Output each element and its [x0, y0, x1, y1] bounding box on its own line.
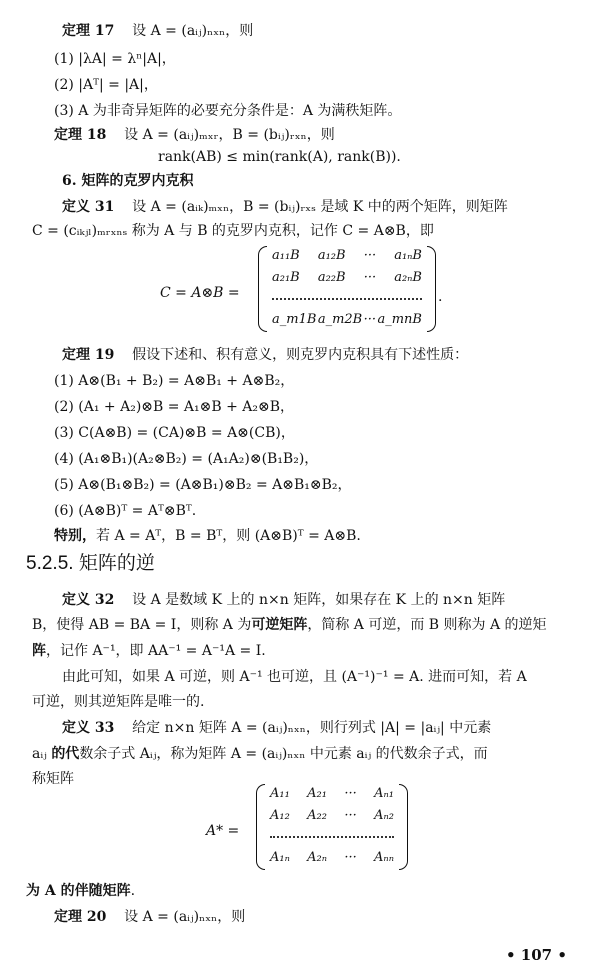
- theorem-17-heading: 定理 17: [62, 23, 114, 39]
- cell: a_m1B: [272, 312, 316, 327]
- theorem-17-intro: 设 A = (aᵢⱼ)ₙₓₙ，则: [132, 23, 253, 39]
- theorem-19-item-6: (6) (A⊗B)ᵀ = Aᵀ⊗Bᵀ.: [54, 502, 196, 520]
- theorem-19: 定理 19 假设下述和、积有意义，则克罗内克积具有下述性质：: [62, 346, 468, 364]
- theorem-19-item-4: (4) (A₁⊗B₁)(A₂⊗B₂) = (A₁A₂)⊗(B₁B₂)，: [54, 450, 318, 468]
- matrix-row-2: A₁₂ A₂₂ ··· Aₙ₂: [270, 808, 394, 823]
- kronecker-lhs: C = A⊗B =: [160, 284, 240, 302]
- definition-33-line-3: 称矩阵: [32, 770, 74, 788]
- theorem-17: 定理 17 设 A = (aᵢⱼ)ₙₓₙ，则: [62, 22, 253, 40]
- cell: a₂₁B: [272, 270, 300, 285]
- cell: a₁₁B: [272, 248, 300, 263]
- definition-32-line-2: B，使得 AB = BA = I，则称 A 为可逆矩阵，简称 A 可逆，而 B …: [32, 616, 547, 634]
- theorem-17-item-1: (1) |λA| = λⁿ|A|，: [54, 50, 176, 68]
- definition-33-line-1: 定义 33 给定 n×n 矩阵 A = (aᵢⱼ)ₙₓₙ，则行列式 |A| = …: [62, 719, 491, 737]
- cell: ···: [344, 808, 356, 823]
- cell: a₂ₙB: [394, 270, 422, 285]
- adjugate-matrix: A₁₁ A₂₁ ··· Aₙ₁ A₁₂ A₂₂ ··· Aₙ₂ A₁ₙ A₂ₙ …: [256, 784, 408, 870]
- definition-32-line-3: 阵，记作 A⁻¹，即 AA⁻¹ = A⁻¹A = I.: [32, 642, 266, 660]
- matrix-row-m: a_m1B a_m2B ··· a_mnB: [272, 312, 422, 327]
- matrix-dotted-row: [270, 836, 394, 838]
- theorem-19-item-5: (5) A⊗(B₁⊗B₂) = (A⊗B₁)⊗B₂ = A⊗B₁⊗B₂，: [54, 476, 352, 494]
- definition-32-text: 设 A 是数域 K 上的 n×n 矩阵，如果存在 K 上的 n×n 矩阵: [132, 592, 505, 608]
- definition-33-heading: 定义 33: [62, 720, 114, 736]
- text: 数余子式 Aᵢⱼ，称为矩阵 A = (aᵢⱼ)ₙₓₙ 中元素 aᵢⱼ 的代数余子…: [79, 746, 487, 762]
- definition-32-heading: 定义 32: [62, 592, 114, 608]
- theorem-19-item-2: (2) (A₁ + A₂)⊗B = A₁⊗B + A₂⊗B，: [54, 398, 294, 416]
- definition-33-line-2: aᵢⱼ 的代数余子式 Aᵢⱼ，称为矩阵 A = (aᵢⱼ)ₙₓₙ 中元素 aᵢⱼ…: [32, 745, 488, 763]
- definition-31-text: 设 A = (aᵢₖ)ₘₓₙ，B = (bᵢⱼ)ᵣₓₛ 是域 K 中的两个矩阵，…: [132, 199, 508, 215]
- definition-31-line-1: 定义 31 设 A = (aᵢₖ)ₘₓₙ，B = (bᵢⱼ)ᵣₓₛ 是域 K 中…: [62, 198, 508, 216]
- text: B，使得 AB = BA = I，则称 A 为: [32, 617, 251, 633]
- cell: Aₙ₂: [374, 808, 394, 823]
- section-5-2-5-title: 5.2.5. 矩阵的逆: [26, 552, 155, 576]
- text: ，简称 A 可逆，而 B 则称为 A 的逆矩: [307, 617, 546, 633]
- definition-31-line-2: C = (cᵢₖⱼₗ)ₘᵣₓₙₛ 称为 A 与 B 的克罗内克积，记作 C = …: [32, 222, 434, 240]
- cell: Aₙₙ: [374, 850, 394, 865]
- theorem-18-heading: 定理 18: [54, 127, 106, 143]
- theorem-19-heading: 定理 19: [62, 347, 114, 363]
- cell: A₁₁: [270, 786, 290, 801]
- theorem-19-item-1: (1) A⊗(B₁ + B₂) = A⊗B₁ + A⊗B₂，: [54, 372, 294, 390]
- adjugate-lhs: A* =: [206, 822, 239, 840]
- right-paren: [399, 784, 408, 870]
- special-label: 特别，: [54, 528, 96, 544]
- kronecker-trailing: .: [438, 288, 442, 306]
- term: 的代: [51, 746, 79, 762]
- special-text: 若 A = Aᵀ，B = Bᵀ，则 (A⊗B)ᵀ = A⊗B.: [96, 528, 361, 544]
- cell: A₂₁: [307, 786, 327, 801]
- page-number: • 107 •: [506, 946, 567, 964]
- inverse-paragraph-line-1: 由此可知，如果 A 可逆，则 A⁻¹ 也可逆，且 (A⁻¹)⁻¹ = A. 进而…: [62, 668, 527, 686]
- kronecker-matrix: a₁₁B a₁₂B ··· a₁ₙB a₂₁B a₂₂B ··· a₂ₙB a_…: [258, 246, 436, 332]
- matrix-row-2: a₂₁B a₂₂B ··· a₂ₙB: [272, 270, 422, 285]
- theorem-20-intro: 设 A = (aᵢⱼ)ₙₓₙ，则: [124, 909, 245, 925]
- text: ，记作 A⁻¹，即 AA⁻¹ = A⁻¹A = I.: [46, 643, 266, 659]
- invertible-matrix-term: 可逆矩阵: [251, 617, 307, 633]
- cell: a_mnB: [377, 312, 422, 327]
- cell: A₂ₙ: [307, 850, 327, 865]
- theorem-18-formula: rank(AB) ≤ min(rank(A), rank(B)).: [158, 148, 401, 166]
- text: .: [131, 883, 135, 899]
- definition-32-line-1: 定义 32 设 A 是数域 K 上的 n×n 矩阵，如果存在 K 上的 n×n …: [62, 591, 505, 609]
- theorem-17-item-2: (2) |Aᵀ| = |A|，: [54, 76, 158, 94]
- matrix-row-n: A₁ₙ A₂ₙ ··· Aₙₙ: [270, 850, 394, 865]
- term: 阵: [32, 643, 46, 659]
- cell: Aₙ₁: [374, 786, 394, 801]
- definition-33-text: 给定 n×n 矩阵 A = (aᵢⱼ)ₙₓₙ，则行列式 |A| = |aᵢⱼ| …: [132, 720, 491, 736]
- cell: ···: [364, 270, 376, 285]
- inverse-paragraph-line-2: 可逆，则其逆矩阵是唯一的.: [32, 693, 204, 711]
- matrix-dotted-row: [272, 298, 422, 300]
- left-paren: [258, 246, 267, 332]
- definition-31-heading: 定义 31: [62, 199, 114, 215]
- cell: A₁ₙ: [270, 850, 290, 865]
- matrix-row-1: A₁₁ A₂₁ ··· Aₙ₁: [270, 786, 394, 801]
- theorem-19-intro: 假设下述和、积有意义，则克罗内克积具有下述性质：: [132, 347, 468, 363]
- theorem-17-item-3: (3) A 为非奇异矩阵的必要充分条件是：A 为满秩矩阵。: [54, 102, 401, 120]
- cell: a₂₂B: [318, 270, 346, 285]
- theorem-18: 定理 18 设 A = (aᵢⱼ)ₘₓᵣ，B = (bᵢⱼ)ᵣₓₙ，则: [54, 126, 335, 144]
- theorem-20-heading: 定理 20: [54, 909, 106, 925]
- right-paren: [427, 246, 436, 332]
- theorem-19-special: 特别，若 A = Aᵀ，B = Bᵀ，则 (A⊗B)ᵀ = A⊗B.: [54, 527, 361, 545]
- text: aᵢⱼ: [32, 746, 51, 762]
- cell: ···: [364, 312, 376, 327]
- left-paren: [256, 784, 265, 870]
- cell: A₂₂: [307, 808, 327, 823]
- adjugate-term: 伴随矩阵: [75, 883, 131, 899]
- theorem-19-item-3: (3) C(A⊗B) = (CA)⊗B = A⊗(CB)，: [54, 424, 295, 442]
- matrix-row-1: a₁₁B a₁₂B ··· a₁ₙB: [272, 248, 422, 263]
- cell: ···: [344, 786, 356, 801]
- adjugate-closing: 为 A 的伴随矩阵.: [26, 882, 135, 900]
- text: 为 A 的: [26, 883, 75, 899]
- cell: a₁₂B: [318, 248, 346, 263]
- cell: ···: [364, 248, 376, 263]
- cell: A₁₂: [270, 808, 290, 823]
- cell: a₁ₙB: [394, 248, 422, 263]
- theorem-18-intro: 设 A = (aᵢⱼ)ₘₓᵣ，B = (bᵢⱼ)ᵣₓₙ，则: [124, 127, 335, 143]
- cell: ···: [344, 850, 356, 865]
- section-6-title: 6. 矩阵的克罗内克积: [62, 172, 194, 190]
- theorem-20: 定理 20 设 A = (aᵢⱼ)ₙₓₙ，则: [54, 908, 245, 926]
- cell: a_m2B: [318, 312, 362, 327]
